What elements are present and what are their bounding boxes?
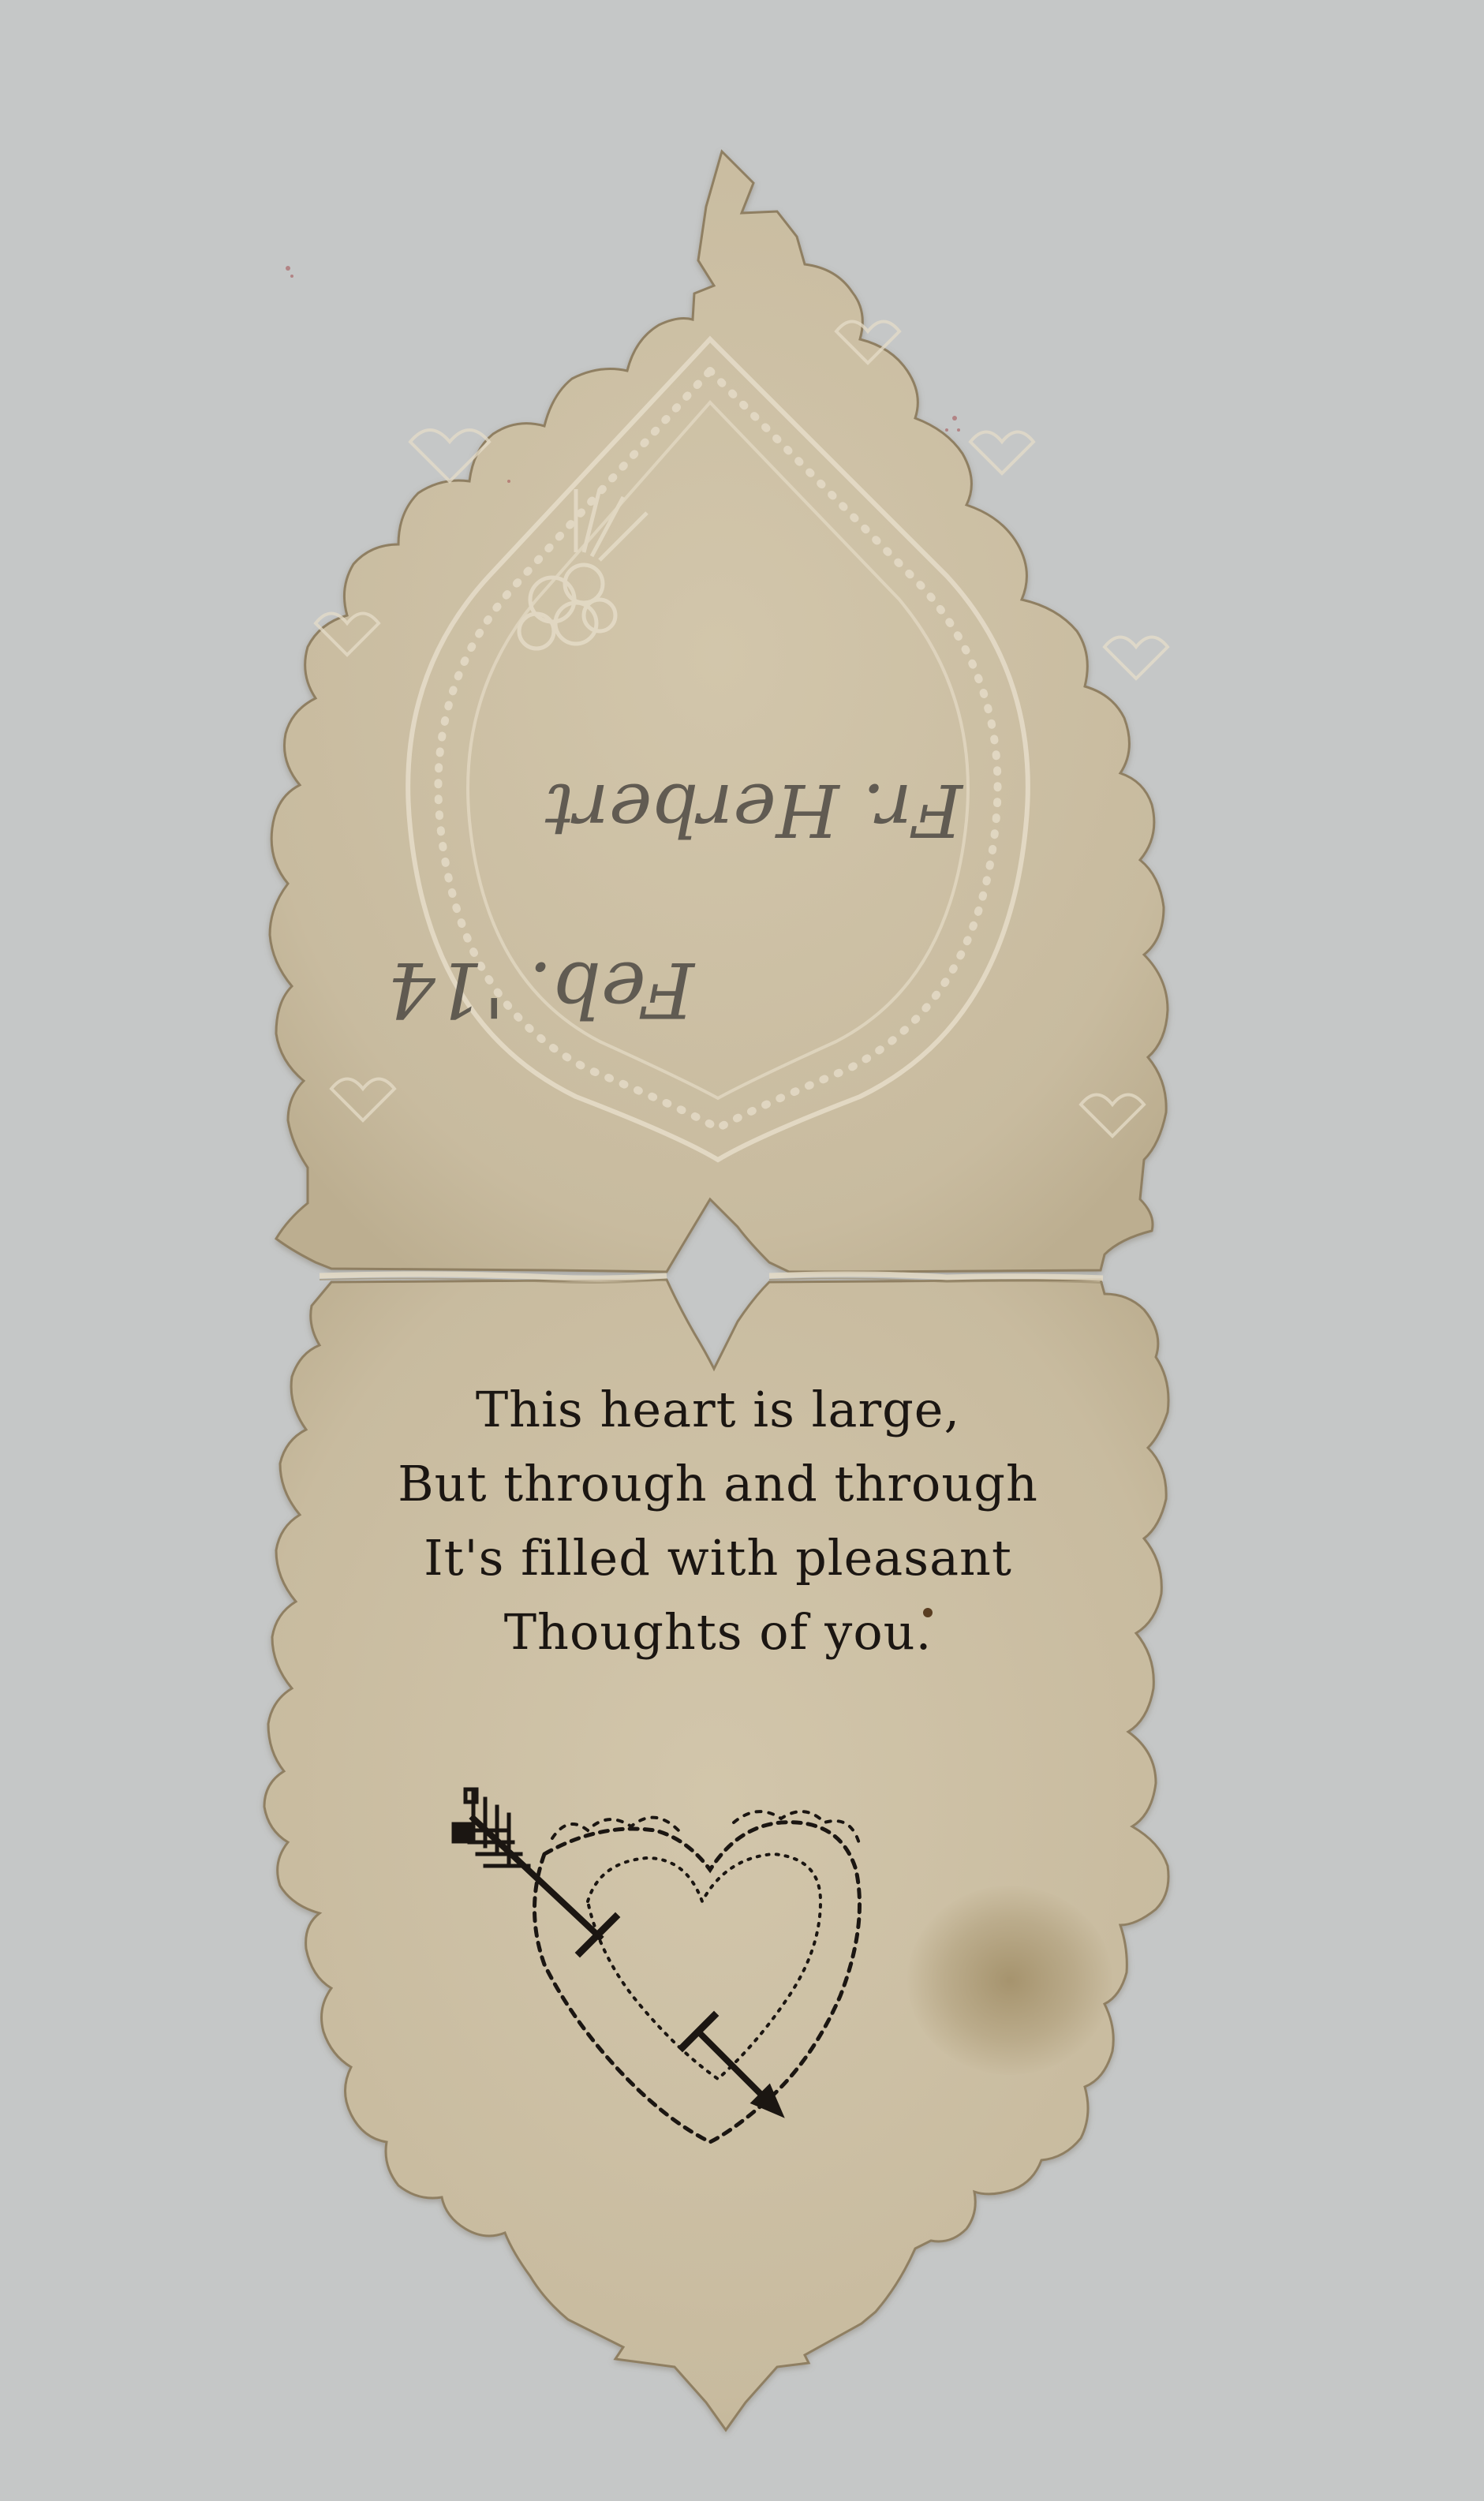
pencil-inscription: Fr. Herbert Feb. '14 <box>284 734 978 1065</box>
inscription-line-1: Fr. Herbert <box>545 768 963 852</box>
printed-verse: This heart is large, But through and thr… <box>300 1373 1136 1669</box>
verse-line-1: This heart is large, <box>300 1373 1136 1447</box>
verse-line-4: Thoughts of you. <box>300 1595 1136 1669</box>
inscription-line-2: Feb. '14 <box>387 945 694 1034</box>
photo-scene: Fr. Herbert Feb. '14 This heart is large… <box>0 0 1484 2501</box>
verse-line-3: It's filled with pleasant <box>300 1521 1136 1595</box>
valentine-card <box>0 0 1484 2501</box>
verse-line-2: But through and through <box>300 1447 1136 1521</box>
fold-crease <box>320 1274 1103 1278</box>
card-outline <box>270 151 1168 1272</box>
water-stain <box>907 1886 1112 2075</box>
